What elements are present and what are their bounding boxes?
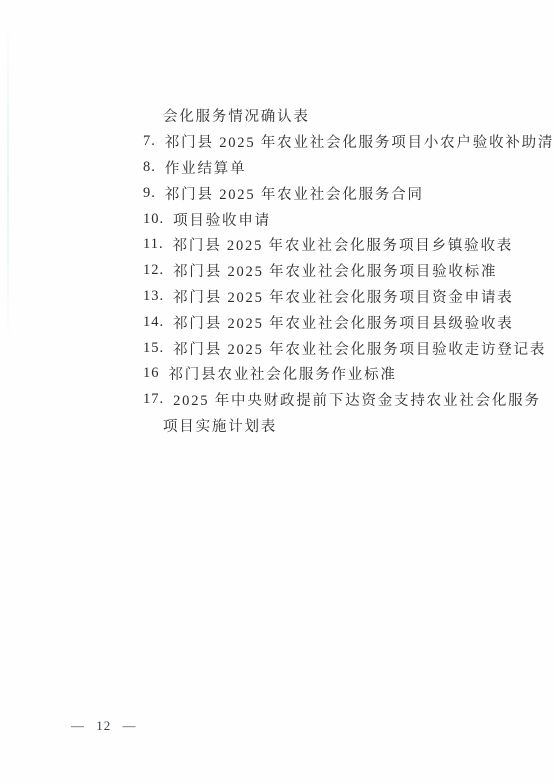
list-item-text: 2025 年中央财政提前下达资金支持农业社会化服务: [173, 389, 541, 410]
list-item-number: 11.: [143, 236, 164, 253]
list-item-text: 祁门县 2025 年农业社会化服务项目资金申请表: [173, 286, 513, 307]
list-item: 17. 2025 年中央财政提前下达资金支持农业社会化服务: [143, 387, 543, 413]
list-item-number: 17.: [143, 391, 164, 408]
list-item-text: 祁门县 2025 年农业社会化服务合同: [165, 183, 424, 204]
list-item-text: 祁门县 2025 年农业社会化服务项目验收标准: [173, 260, 497, 281]
list-item-text: 祁门县 2025 年农业社会化服务项目验收走访登记表: [173, 338, 546, 359]
list-item-text: 作业结算单: [165, 157, 247, 178]
list-item-number: 16: [143, 365, 160, 382]
list-item-number: 10.: [143, 211, 164, 228]
list-item: 7. 祁门县 2025 年农业社会化服务项目小农户验收补助清册: [143, 129, 543, 155]
list-item-number: 8.: [143, 159, 156, 176]
list-item-text: 祁门县 2025 年农业社会化服务项目县级验收表: [173, 312, 513, 333]
list-item-number: 9.: [143, 185, 156, 202]
scan-edge-artifact: [7, 18, 9, 348]
list-item-number: 13.: [143, 288, 164, 305]
list-item: 项目实施计划表: [163, 413, 543, 439]
list-item-text: 祁门县 2025 年农业社会化服务项目乡镇验收表: [173, 234, 513, 255]
page-number: — 12 —: [71, 718, 137, 734]
list-item-number: 14.: [143, 314, 164, 331]
list-item: 13. 祁门县 2025 年农业社会化服务项目资金申请表: [143, 284, 543, 310]
list-item: 12. 祁门县 2025 年农业社会化服务项目验收标准: [143, 258, 543, 284]
list-item-text: 祁门县农业社会化服务作业标准: [169, 363, 397, 384]
list-item: 11. 祁门县 2025 年农业社会化服务项目乡镇验收表: [143, 232, 543, 258]
list-item: 会化服务情况确认表: [163, 103, 543, 129]
list-item: 10. 项目验收申请: [143, 206, 543, 232]
list-item: 14. 祁门县 2025 年农业社会化服务项目县级验收表: [143, 309, 543, 335]
list-item: 8. 作业结算单: [143, 155, 543, 181]
list-item-number: 15.: [143, 340, 164, 357]
document-page: 会化服务情况确认表 7. 祁门县 2025 年农业社会化服务项目小农户验收补助清…: [0, 0, 554, 784]
list-item: 16 祁门县农业社会化服务作业标准: [143, 361, 543, 387]
list-item-text: 会化服务情况确认表: [163, 105, 310, 126]
list-item-text: 项目实施计划表: [163, 415, 277, 436]
attachment-list: 会化服务情况确认表 7. 祁门县 2025 年农业社会化服务项目小农户验收补助清…: [143, 103, 543, 438]
list-item: 15. 祁门县 2025 年农业社会化服务项目验收走访登记表: [143, 335, 543, 361]
list-item-text: 项目验收申请: [173, 209, 271, 230]
list-item-number: 12.: [143, 262, 164, 279]
list-item-number: 7.: [143, 133, 156, 150]
list-item: 9. 祁门县 2025 年农业社会化服务合同: [143, 180, 543, 206]
list-item-text: 祁门县 2025 年农业社会化服务项目小农户验收补助清册: [165, 131, 554, 152]
